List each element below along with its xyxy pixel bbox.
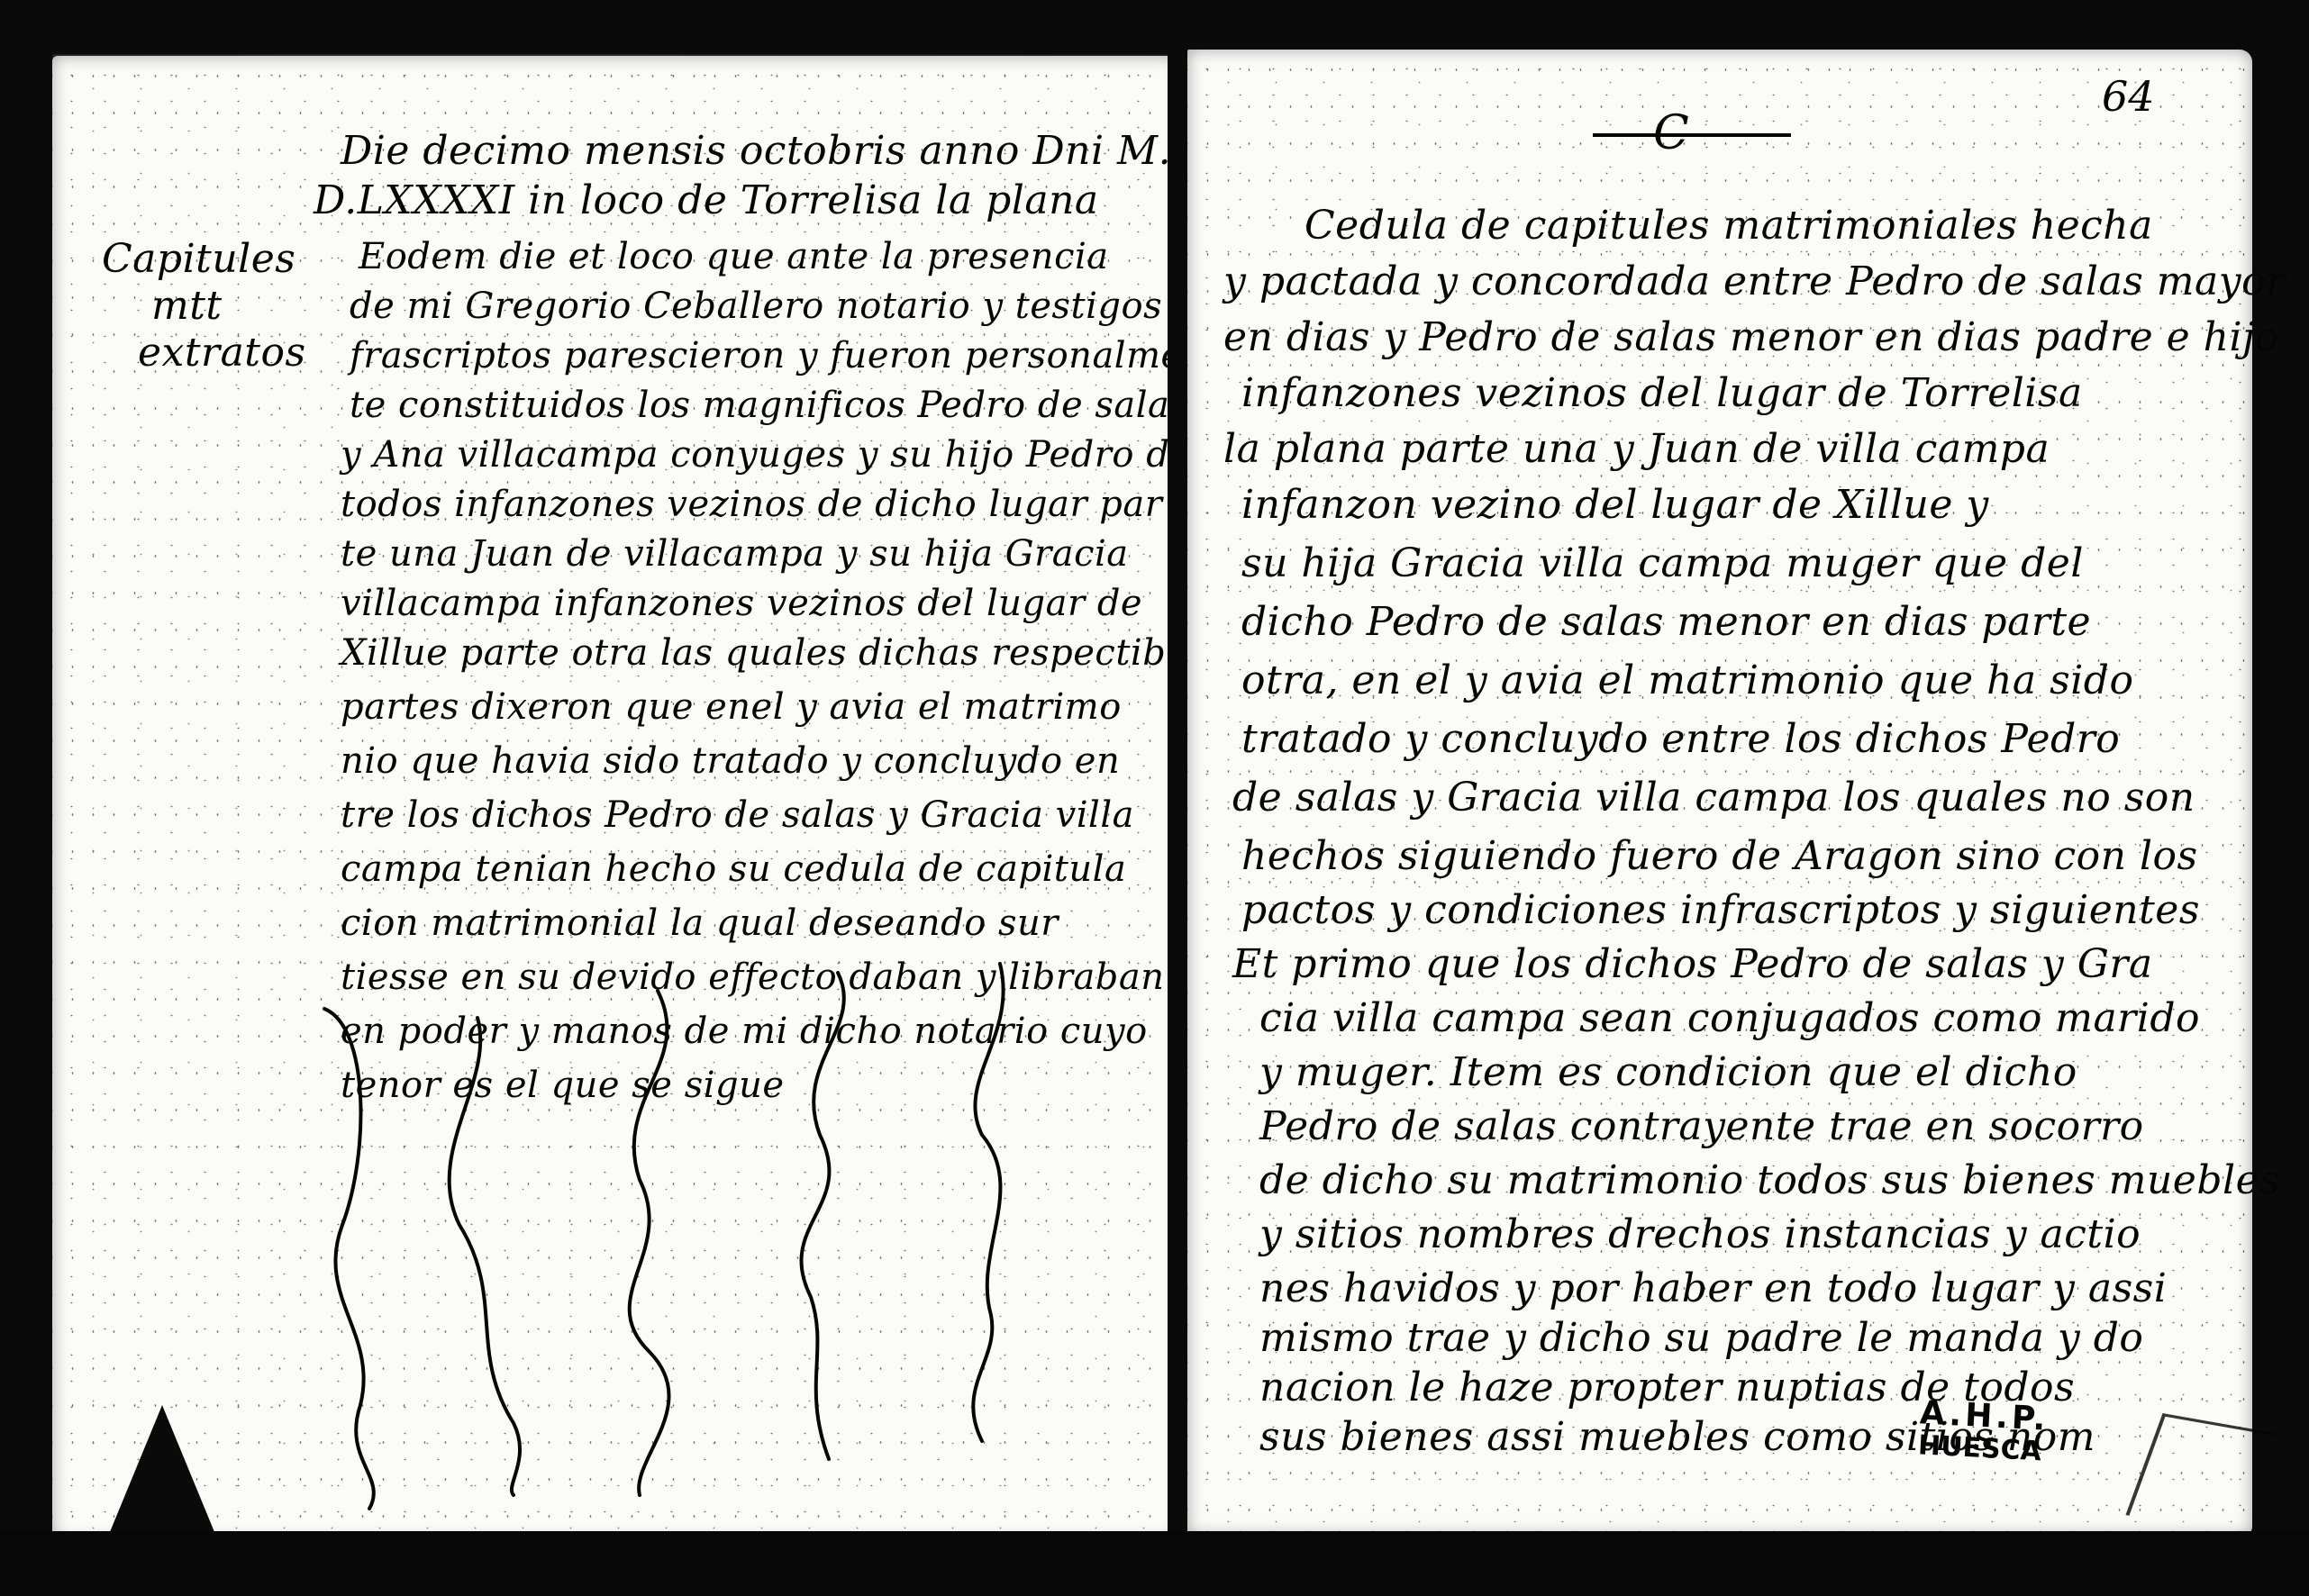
squiggle-line-1 — [324, 1009, 374, 1509]
body-line: te una Juan de villacampa y su hija Grac… — [341, 533, 1129, 575]
right-dark-edge — [2252, 0, 2309, 1596]
body-line: partes dixeron que enel y avia el matrim… — [341, 686, 1122, 728]
body-line: tratado y concluydo entre los dichos Ped… — [1241, 716, 2120, 762]
header-rule — [1593, 133, 1791, 137]
squiggle-line-3 — [630, 991, 669, 1495]
body-line: villacampa infanzones vezinos del lugar … — [341, 583, 1142, 624]
body-line: infanzones vezinos del lugar de Torrelis… — [1241, 370, 2083, 416]
body-line: tre los dichos Pedro de salas y Gracia v… — [341, 794, 1134, 836]
body-line: de salas y Gracia villa campa los quales… — [1232, 775, 2195, 821]
body-line: nes havidos y por haber en todo lugar y … — [1259, 1265, 2167, 1311]
margin-note-line: extratos — [102, 330, 306, 376]
body-line: Et primo que los dichos Pedro de salas y… — [1232, 941, 2153, 987]
stamp-line: HUESCA — [1917, 1429, 2048, 1468]
body-line: campa tenian hecho su cedula de capitula — [341, 848, 1126, 890]
body-line: infanzon vezino del lugar de Xillue y — [1241, 482, 1989, 528]
cancellation-squiggles — [270, 955, 1135, 1513]
body-line: te constituidos los magnificos Pedro de … — [350, 385, 1188, 426]
body-line: todos infanzones vezinos de dicho lugar … — [341, 484, 1162, 525]
body-line: dicho Pedro de salas menor en dias parte — [1241, 599, 2091, 645]
body-line: la plana parte una y Juan de villa campa — [1223, 426, 2050, 472]
body-line: Pedro de salas contrayente trae en socor… — [1259, 1103, 2144, 1149]
body-line: Eodem die et loco que ante la presencia — [359, 236, 1109, 277]
body-line: y pactada y concordada entre Pedro de sa… — [1223, 258, 2286, 304]
body-line: y Ana villacampa conyuges y su hijo Pedr… — [341, 434, 1297, 476]
body-line: frascriptos parescieron y fueron persona… — [350, 335, 1206, 376]
body-line: y sitios nombres drechos instancias y ac… — [1259, 1211, 2141, 1257]
body-line: de mi Gregorio Ceballero notario y testi… — [350, 286, 1210, 327]
right-page: Cedula de capitules matrimoniales hecha … — [1187, 50, 2252, 1536]
left-dark-edge — [0, 0, 52, 1596]
body-line: nio que havia sido tratado y concluydo e… — [341, 740, 1120, 782]
body-line: Xillue parte otra las quales dichas resp… — [341, 632, 1187, 674]
body-line: hechos siguiendo fuero de Aragon sino co… — [1241, 833, 2198, 879]
body-line: Cedula de capitules matrimoniales hecha — [1304, 203, 2153, 249]
squiggle-line-4 — [801, 973, 843, 1459]
body-line: de dicho su matrimonio todos sus bienes … — [1259, 1157, 2280, 1203]
header-mark: C — [1653, 106, 1689, 160]
body-line: cion matrimonial la qual deseando sur — [341, 902, 1059, 944]
heading-line: Die decimo mensis octobris anno Dni M. — [341, 128, 1171, 174]
body-line: y muger. Item es condicion que el dicho — [1259, 1049, 2077, 1095]
top-dark-edge — [0, 0, 2309, 54]
body-line: mismo trae y dicho su padre le manda y d… — [1259, 1315, 2143, 1361]
margin-note: Capitules mtt extratos — [102, 236, 306, 376]
folio-number: 64 — [2102, 72, 2155, 121]
squiggle-line-5 — [973, 964, 1003, 1441]
body-line: otra, en el y avia el matrimonio que ha … — [1241, 657, 2133, 703]
body-line: cia villa campa sean conjugados como mar… — [1259, 995, 2200, 1041]
heading-line: D.LXXXXI in loco de Torrelisa la plana — [314, 177, 1099, 223]
margin-note-line: Capitules — [102, 236, 306, 283]
body-line: en dias y Pedro de salas menor en dias p… — [1223, 314, 2279, 360]
body-line: su hija Gracia villa campa muger que del — [1241, 540, 2084, 586]
squiggle-line-2 — [450, 1018, 520, 1495]
bottom-dark-edge — [0, 1531, 2309, 1596]
body-line: pactos y condiciones infrascriptos y sig… — [1241, 887, 2200, 933]
archive-stamp: A.H.P. HUESCA — [1917, 1397, 2050, 1468]
margin-note-line: mtt — [102, 283, 306, 330]
